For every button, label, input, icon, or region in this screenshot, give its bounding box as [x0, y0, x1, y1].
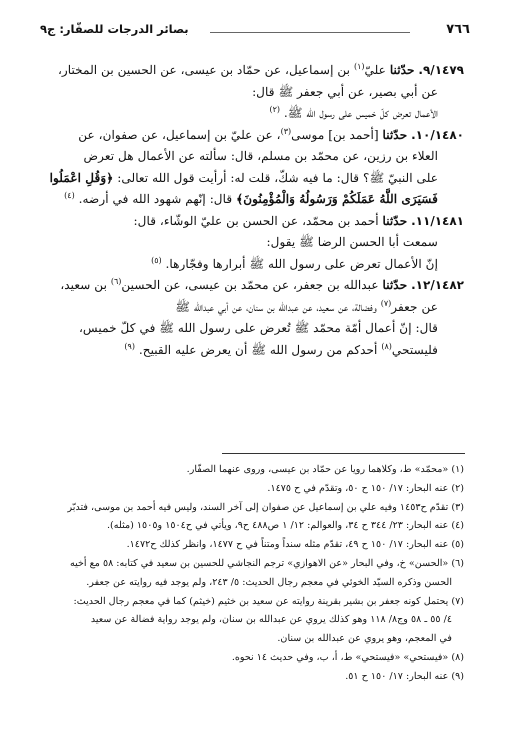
hadith-number: ١٢/١٤٨٢.	[411, 278, 464, 292]
footnote-9: (٩) عنه البحار: ١٧/ ١٥٠ ح ٥١.	[46, 668, 464, 687]
haddathana-word: حدّثنا	[383, 278, 408, 292]
hadith-text: أحدكم من رسول الله ﷺ أن يعرض عليه القبيح…	[139, 343, 382, 357]
hadith-text: عن أبي بصير، عن أبي جعفر ﷺ قال:	[252, 85, 438, 99]
footnote-1: (١) «محمّد» ط، وكلاهما رويا عن حمّاد بن …	[46, 461, 464, 480]
hadith-line: العلاء بن رزين، عن محمّد بن مسلم، قال: س…	[46, 146, 464, 168]
page-number: ٧٦٦	[446, 22, 470, 37]
header-rule	[210, 32, 410, 33]
hadith-line: ١٢/١٤٨٢. حدّثنا عبدالله بن جعفر، عن محمّ…	[46, 275, 464, 297]
footnote-8: (٨) «فيستحي» «فيستحي» ط، أ، ب، وفي حديث …	[46, 649, 464, 668]
hadith-text: قال: إنّ أعمال أمّة محمّد ﷺ تُعرض على رس…	[79, 321, 438, 335]
footnote-ref[interactable]: (٩)	[124, 341, 135, 350]
footnote-7-continuation: ٤/ ٥٥ ـ ٥٨ وج٨/ ١١٨ وهو كذلك يروي عن عبد…	[46, 611, 464, 630]
hadith-line: قال: إنّ أعمال أمّة محمّد ﷺ تُعرض على رس…	[46, 318, 464, 340]
hadith-text: الأعمال تعرض كلّ خميس على رسول الله ﷺ.	[284, 106, 438, 120]
hadith-line: ٩/١٤٧٩. حدّثنا عليّ(١) بن إسماعيل، عن حم…	[46, 60, 464, 82]
hadith-number: ٩/١٤٧٩.	[418, 63, 464, 77]
hadith-line: فليستحي(٨) أحدكم من رسول الله ﷺ أن يعرض …	[46, 340, 464, 362]
footnote-ref[interactable]: (٢)	[269, 105, 280, 114]
book-page: ٧٦٦ بصائر الدرجات للصفّار: ج٩ ٩/١٤٧٩. حد…	[0, 0, 515, 752]
hadith-text: العلاء بن رزين، عن محمّد بن مسلم، قال: س…	[83, 149, 438, 163]
footnote-ref[interactable]: (٥)	[151, 255, 162, 264]
hadith-body: ٩/١٤٧٩. حدّثنا عليّ(١) بن إسماعيل، عن حم…	[46, 60, 464, 361]
footnote-ref[interactable]: (١)	[354, 62, 365, 71]
footnote-2: (٢) عنه البحار: ١٧/ ١٥٠ ح ٥٠، وتقدّم في …	[46, 480, 464, 499]
footnote-7-continuation: في المعجم، وهو يروي عن عبدالله بن سنان.	[46, 630, 464, 649]
hadith-text: ، عن عليّ بن إسماعيل، عن صفوان، عن	[78, 128, 280, 142]
hadith-text: [أحمد بن] موسى	[291, 128, 382, 142]
hadith-text: بن سعيد،	[60, 278, 111, 292]
hadith-text: فليستحي	[392, 343, 438, 357]
hadith-text: قال: إنّهم شهود الله في أرضه.	[79, 192, 237, 206]
hadith-line: ١١/١٤٨١. حدّثنا أحمد بن محمّد، عن الحسن …	[46, 211, 464, 233]
hadith-text: إنّ الأعمال تعرض على رسول الله ﷺ أبرارها…	[166, 257, 439, 271]
hadith-text: وفضالة، عن سعيد، عن عبدالله بن سنان، عن …	[175, 300, 380, 314]
hadith-text: على النبيّ ﷺ؟ قال: ما فيه شكّ، قلت له: أ…	[113, 171, 438, 185]
book-title: بصائر الدرجات للصفّار: ج٩	[40, 22, 189, 36]
hadith-1479: ٩/١٤٧٩. حدّثنا عليّ(١) بن إسماعيل، عن حم…	[46, 60, 464, 125]
hadith-line: على النبيّ ﷺ؟ قال: ما فيه شكّ، قلت له: أ…	[46, 168, 464, 190]
footnote-4: (٤) عنه البحار: ٢٣/ ٣٤٤ ح ٣٤، والعوالم: …	[46, 517, 464, 536]
hadith-line: إنّ الأعمال تعرض على رسول الله ﷺ أبرارها…	[46, 254, 464, 276]
hadith-line: عن جعفر(٧) وفضالة، عن سعيد، عن عبدالله ب…	[46, 297, 464, 319]
footnote-6: (٦) «الحسن» خ، وفي البحار «عن الاهوازي» …	[46, 555, 464, 574]
hadith-1480: ١٠/١٤٨٠. حدّثنا [أحمد بن] موسى(٣)، عن عل…	[46, 125, 464, 211]
footnote-ref[interactable]: (٣)	[281, 126, 292, 135]
footnote-5: (٥) عنه البحار: ١٧/ ١٥٠ ح ٤٩، تقدّم مثله…	[46, 536, 464, 555]
quran-verse: فَسَيَرَى اللَّهُ عَمَلَكُمْ وَرَسُولُهُ…	[236, 192, 438, 206]
footnote-ref[interactable]: (٦)	[111, 277, 122, 286]
hadith-line: عن أبي بصير، عن أبي جعفر ﷺ قال:	[46, 82, 464, 104]
footnote-ref[interactable]: (٤)	[64, 191, 75, 200]
footnote-7: (٧) يحتمل كونه جعفر بن بشير بقرينة روايت…	[46, 593, 464, 612]
haddathana-word: حدّثنا	[383, 214, 408, 228]
quran-verse: ﴿وَقُلِ اعْمَلُوا	[50, 171, 114, 185]
hadith-1481: ١١/١٤٨١. حدّثنا أحمد بن محمّد، عن الحسن …	[46, 211, 464, 276]
footnote-ref[interactable]: (٧)	[381, 298, 392, 307]
hadith-text: عليّ	[364, 63, 389, 77]
footnote-ref[interactable]: (٨)	[381, 341, 392, 350]
haddathana-word: حدّثنا	[390, 63, 415, 77]
footnote-6-continuation: الحسن وذكره السيّد الخوئي في معجم رجال ا…	[46, 574, 464, 593]
hadith-text: عبدالله بن جعفر، عن محمّد بن عيسى، عن ال…	[121, 278, 382, 292]
hadith-number: ١١/١٤٨١.	[411, 214, 464, 228]
haddathana-word: حدّثنا	[383, 128, 408, 142]
hadith-text: بن إسماعيل، عن حمّاد بن عيسى، عن الحسين …	[58, 63, 354, 77]
hadith-text: أحمد بن محمّد، عن الحسن بن عليّ الوشّاء،…	[134, 214, 383, 228]
hadith-text: عن جعفر	[391, 300, 438, 314]
footnotes: (١) «محمّد» ط، وكلاهما رويا عن حمّاد بن …	[46, 461, 464, 687]
hadith-line: ١٠/١٤٨٠. حدّثنا [أحمد بن] موسى(٣)، عن عل…	[46, 125, 464, 147]
footnote-separator	[222, 453, 465, 454]
hadith-line: الأعمال تعرض كلّ خميس على رسول الله ﷺ. (…	[46, 103, 464, 125]
hadith-line: سمعت أبا الحسن الرضا ﷺ يقول:	[46, 232, 464, 254]
hadith-number: ١٠/١٤٨٠.	[411, 128, 464, 142]
hadith-line: فَسَيَرَى اللَّهُ عَمَلَكُمْ وَرَسُولُهُ…	[46, 189, 464, 211]
footnote-3: (٣) تقدّم ح١٤٥٣ وفيه علي بن إسماعيل عن ص…	[46, 499, 464, 518]
hadith-1482: ١٢/١٤٨٢. حدّثنا عبدالله بن جعفر، عن محمّ…	[46, 275, 464, 361]
running-header: ٧٦٦ بصائر الدرجات للصفّار: ج٩	[40, 22, 470, 42]
hadith-text: سمعت أبا الحسن الرضا ﷺ يقول:	[266, 235, 438, 249]
